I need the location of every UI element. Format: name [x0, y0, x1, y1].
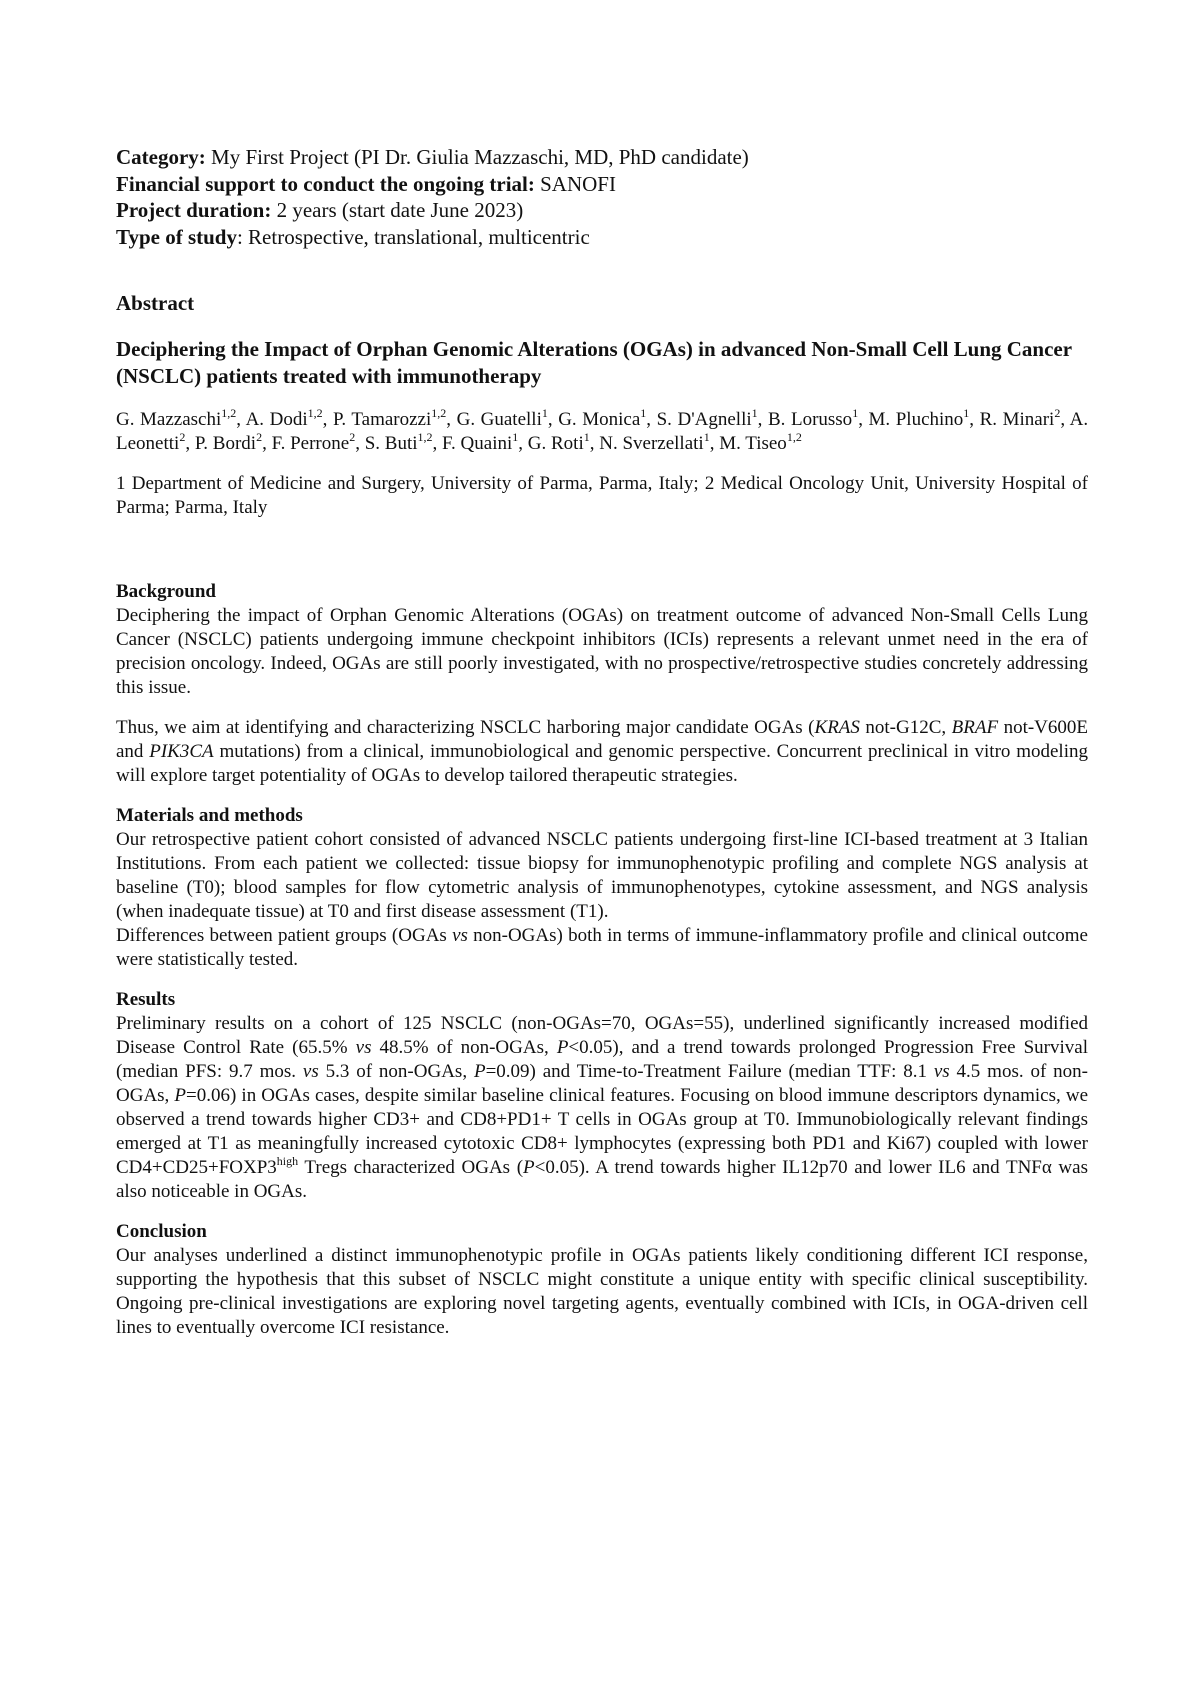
funding-line: Financial support to conduct the ongoing… [116, 171, 1088, 198]
text-run: Differences between patient groups (OGAs [116, 925, 452, 946]
conclusion-heading: Conclusion [116, 1220, 1088, 1244]
author: B. Lorusso1 [768, 409, 858, 430]
author-affiliation-mark: 2 [256, 430, 262, 444]
vs-italic: vs [452, 925, 468, 946]
author-affiliation-mark: 1 [542, 406, 548, 420]
document-page: Category: My First Project (PI Dr. Giuli… [116, 144, 1088, 1340]
author-list: G. Mazzaschi1,2, A. Dodi1,2, P. Tamarozz… [116, 408, 1088, 456]
category-value: My First Project (PI Dr. Giulia Mazzasch… [206, 145, 749, 169]
text-run: 5.3 of non-OGAs, [319, 1061, 474, 1082]
text-run: =0.09) and Time-to-Treatment Failure (me… [486, 1061, 934, 1082]
text-run: mutations) from a clinical, immunobiolog… [116, 741, 1088, 786]
study-type-line: Type of study: Retrospective, translatio… [116, 224, 1088, 251]
methods-paragraph-1: Our retrospective patient cohort consist… [116, 828, 1088, 924]
funding-value: SANOFI [535, 172, 616, 196]
results-heading: Results [116, 988, 1088, 1012]
author-affiliation-mark: 1 [640, 406, 646, 420]
p-value-italic: P [474, 1061, 486, 1082]
methods-heading: Materials and methods [116, 804, 1088, 828]
author-affiliation-mark: 2 [1054, 406, 1060, 420]
author-affiliation-mark: 2 [179, 430, 185, 444]
author-affiliation-mark: 2 [349, 430, 355, 444]
category-line: Category: My First Project (PI Dr. Giuli… [116, 144, 1088, 171]
author: F. Quaini1 [442, 433, 518, 454]
author: R. Minari2 [980, 409, 1061, 430]
superscript-high: high [277, 1154, 298, 1168]
author: S. D'Agnelli1 [657, 409, 758, 430]
author: A. Dodi1,2 [246, 409, 323, 430]
author: G. Monica1 [558, 409, 646, 430]
author: G. Guatelli1 [457, 409, 548, 430]
background-heading: Background [116, 580, 1088, 604]
vs-italic: vs [356, 1037, 372, 1058]
author: F. Perrone2 [272, 433, 356, 454]
category-label: Category: [116, 145, 206, 169]
duration-line: Project duration: 2 years (start date Ju… [116, 197, 1088, 224]
duration-value: 2 years (start date June 2023) [271, 198, 523, 222]
vs-italic: vs [303, 1061, 319, 1082]
funding-label: Financial support to conduct the ongoing… [116, 172, 535, 196]
gene-pik3ca: PIK3CA [149, 741, 213, 762]
author: M. Tiseo1,2 [719, 433, 802, 454]
author-affiliation-mark: 1 [512, 430, 518, 444]
author-affiliation-mark: 1 [752, 406, 758, 420]
author-affiliation-mark: 1,2 [221, 406, 236, 420]
author-affiliation-mark: 1 [963, 406, 969, 420]
methods-paragraph-2: Differences between patient groups (OGAs… [116, 924, 1088, 972]
author: P. Bordi2 [195, 433, 262, 454]
p-value-italic: P [523, 1157, 535, 1178]
author-affiliation-mark: 1,2 [431, 406, 446, 420]
gene-kras: KRAS [815, 717, 860, 738]
text-run: Thus, we aim at identifying and characte… [116, 717, 815, 738]
author-affiliation-mark: 1 [584, 430, 590, 444]
author: G. Mazzaschi1,2 [116, 409, 236, 430]
study-type-label: Type of study [116, 225, 237, 249]
gene-braf: BRAF [952, 717, 998, 738]
duration-label: Project duration: [116, 198, 271, 222]
paper-title: Deciphering the Impact of Orphan Genomic… [116, 336, 1088, 389]
affiliations: 1 Department of Medicine and Surgery, Un… [116, 472, 1088, 520]
p-value-italic: P [174, 1085, 186, 1106]
author-affiliation-mark: 1 [852, 406, 858, 420]
author: S. Buti1,2 [365, 433, 433, 454]
p-value-italic: P [557, 1037, 569, 1058]
study-type-value: : Retrospective, translational, multicen… [237, 225, 590, 249]
background-paragraph-2: Thus, we aim at identifying and characte… [116, 716, 1088, 788]
author-affiliation-mark: 1,2 [418, 430, 433, 444]
vs-italic: vs [934, 1061, 950, 1082]
author: G. Roti1 [528, 433, 590, 454]
conclusion-paragraph: Our analyses underlined a distinct immun… [116, 1244, 1088, 1340]
author-affiliation-mark: 1,2 [308, 406, 323, 420]
abstract-heading: Abstract [116, 290, 1088, 316]
author: M. Pluchino1 [869, 409, 970, 430]
text-run: not-G12C, [860, 717, 952, 738]
text-run: 48.5% of non-OGAs, [371, 1037, 556, 1058]
author: N. Sverzellati1 [599, 433, 709, 454]
results-paragraph: Preliminary results on a cohort of 125 N… [116, 1012, 1088, 1204]
text-run: Tregs characterized OGAs ( [298, 1157, 523, 1178]
author-affiliation-mark: 1 [704, 430, 710, 444]
author-affiliation-mark: 1,2 [787, 430, 802, 444]
background-paragraph-1: Deciphering the impact of Orphan Genomic… [116, 604, 1088, 700]
author: P. Tamarozzi1,2 [333, 409, 446, 430]
